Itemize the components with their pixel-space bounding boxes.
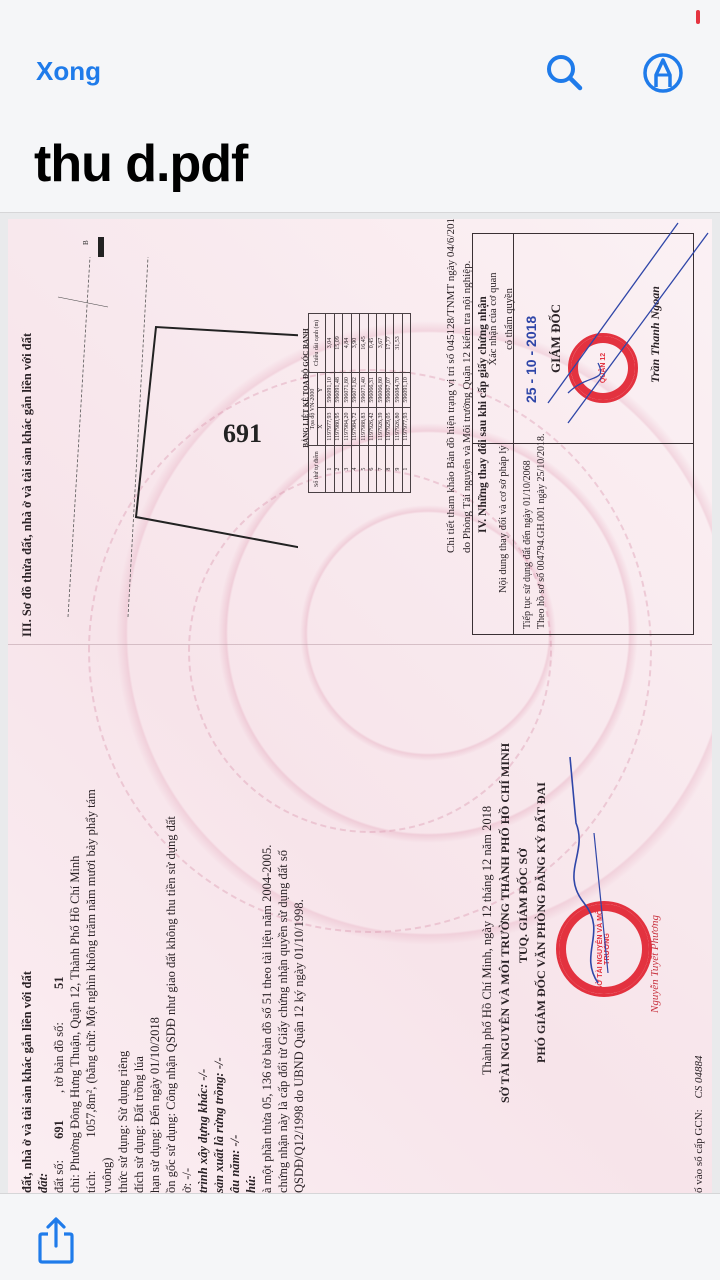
coord-cell: 16,45 [360, 314, 369, 373]
parcel-plan: 691 B [38, 227, 298, 637]
address: chỉ: Phường Đông Hưng Thuận, Quận 12, Th… [68, 856, 84, 1193]
coord-cell: 596091,48 [334, 372, 343, 407]
coord-table-row: 11197977,93596091,103,04 [326, 314, 335, 493]
perennial-crops: âu năm: -/- [228, 1135, 244, 1193]
coord-cell: 17,77 [385, 314, 394, 373]
coord-table-row: 61197926,42596066,310,45 [368, 314, 377, 493]
search-button[interactable] [542, 50, 588, 96]
markup-pen-icon [640, 50, 686, 96]
usage-purpose: đích sử dụng: Đất trồng lúa [132, 1056, 148, 1193]
coord-cell: 1197977,93 [326, 407, 335, 445]
coord-cell: 596091,10 [402, 372, 411, 407]
parcel-label: đất số: [52, 1160, 66, 1193]
note-line-3: QSDĐ/Q12/1998 do UBND Quận 12 ký ngày 01… [292, 899, 308, 1193]
house-info: ở: -/- [180, 1168, 196, 1193]
plan-heading: III. Sơ đồ thửa đất, nhà ở và tài sản kh… [20, 333, 36, 637]
page-fold [8, 644, 712, 645]
sign-organization: SỞ TÀI NGUYÊN VÀ MÔI TRƯỜNG THÀNH PHỐ HỒ… [498, 743, 514, 1103]
coord-cell: 1197926,39 [377, 407, 386, 445]
markup-button[interactable] [640, 50, 686, 96]
coord-cell: 1197980,95 [334, 407, 343, 445]
svg-text:B: B [82, 240, 90, 245]
coord-cell: 596071,40 [360, 372, 369, 407]
done-button[interactable]: Xong [36, 56, 101, 87]
map-sheet-label: , tờ bản đồ số: [52, 1022, 66, 1093]
coord-cell: 15,09 [334, 314, 343, 373]
coord-cell: 7 [377, 446, 386, 493]
coord-cell: 3,67 [377, 314, 386, 373]
coord-cell: 596067,07 [385, 372, 394, 407]
coord-table-row: 51197988,83596071,4016,45 [360, 314, 369, 493]
coord-cell: 4 [351, 446, 360, 493]
coord-cell: 596071,80 [343, 372, 352, 407]
area-continued: vuông) [100, 1158, 116, 1193]
coord-cell: 596066,31 [368, 372, 377, 407]
sign-tuq: TUQ. GIÁM ĐỐC SỞ [516, 848, 532, 963]
coord-cell: 1197929,05 [385, 407, 394, 445]
section-heading: đất, nhà ở và tài sản khác gắn liền với … [20, 971, 36, 1193]
coord-table: Số thứ tự điểm Tọa độ VN-2000 Chiều dài … [308, 313, 411, 493]
section-subheading: đất: [36, 1173, 52, 1193]
area-label: tích: [84, 1171, 98, 1193]
coord-header: Y [317, 372, 326, 407]
signer-name: Nguyễn Tuyết Phương [648, 915, 664, 1013]
coord-cell: 1197984,20 [343, 407, 352, 445]
share-icon [34, 1216, 78, 1266]
coord-cell: 596084,70 [394, 372, 403, 407]
note-line-2: chứng nhận này là cấp đổi từ Giấy chứng … [276, 850, 292, 1193]
coord-cell: 31,53 [394, 314, 403, 373]
map-sheet-number: 51 [52, 977, 66, 990]
coord-header: Chiều dài cạnh (m) [309, 314, 326, 373]
usage-form: thức sử dụng: Sử dụng riêng [116, 1051, 132, 1193]
coord-header: Số thứ tự điểm [309, 446, 326, 493]
usage-origin: ồn gốc sử dụng: Công nhận QSDĐ như giao … [164, 816, 180, 1193]
coord-cell: 1197926,42 [368, 407, 377, 445]
other-construction: trình xây dựng khác: -/- [196, 1069, 212, 1193]
coord-cell: 0,45 [368, 314, 377, 373]
coord-cell: 3,90 [351, 314, 360, 373]
coord-cell: 1197988,83 [360, 407, 369, 445]
changes-col1-header: Nội dung thay đổi và cơ sở pháp lý [496, 445, 512, 593]
coord-table-row: 71197926,39596066,803,67 [377, 314, 386, 493]
coord-cell: 1197926,80 [394, 407, 403, 445]
coord-cell [402, 314, 411, 373]
coord-table-row: 21197980,95596091,4815,09 [334, 314, 343, 493]
coord-header: X [317, 407, 326, 445]
nav-bar: Xong [0, 40, 720, 110]
gcn-row: ố vào sổ cấp GCN: CS 04884 [692, 1055, 708, 1193]
coord-cell: 5 [360, 446, 369, 493]
coord-cell: 6 [368, 446, 377, 493]
coord-cell: 3 [343, 446, 352, 493]
coord-table-row: 91197926,80596084,7031,53 [394, 314, 403, 493]
coord-cell: 596071,82 [351, 372, 360, 407]
coord-cell: 1 [326, 446, 335, 493]
divider [473, 443, 693, 444]
status-bar [0, 0, 720, 40]
land-certificate-scan: đất, nhà ở và tài sản khác gắn liền với … [8, 219, 712, 1193]
sign-place-date: Thành phố Hồ Chí Minh, ngày 12 tháng 12 … [480, 806, 496, 1075]
coord-cell: 1 [402, 446, 411, 493]
gcn-number: CS 04884 [693, 1055, 705, 1098]
coord-table-row: 41197984,72596071,823,90 [351, 314, 360, 493]
coord-cell: 2 [334, 446, 343, 493]
coord-table-row: 31197984,20596071,804,84 [343, 314, 352, 493]
coord-cell: 1197977,93 [402, 407, 411, 445]
coord-cell: 9 [394, 446, 403, 493]
status-time [336, 10, 396, 24]
coord-cell: 8 [385, 446, 394, 493]
coord-table-row: 81197929,05596067,0717,77 [385, 314, 394, 493]
status-right [696, 8, 700, 26]
pdf-viewer[interactable]: đất, nhà ở và tài sản khác gắn liền với … [0, 212, 720, 1194]
coord-cell: 1197984,72 [351, 407, 360, 445]
coord-table-row: 11197977,93596091,10 [402, 314, 411, 493]
pdf-page[interactable]: đất, nhà ở và tài sản khác gắn liền với … [8, 219, 712, 1193]
coord-cell: 596091,10 [326, 372, 335, 407]
parcel-row: đất số: 691 , tờ bản đồ số: 51 [52, 977, 68, 1193]
document-title: thu d.pdf [34, 134, 247, 194]
bottom-toolbar [0, 1194, 720, 1280]
parcel-number-label: 691 [223, 419, 262, 448]
signature-right [448, 219, 712, 433]
search-icon [542, 50, 588, 96]
gcn-label: ố vào sổ cấp GCN: [693, 1109, 705, 1193]
coord-cell: 3,04 [326, 314, 335, 373]
coord-cell: 596066,80 [377, 372, 386, 407]
production-forest: sản xuất là rừng trồng: -/- [212, 1057, 228, 1193]
notes-label: hú: [244, 1175, 260, 1193]
battery-low-icon [696, 10, 700, 24]
note-line-1: à một phần thửa 05, 136 tờ bản đồ số 51 … [260, 845, 276, 1193]
usage-term: hạn sử dụng: Đến ngày 01/10/2018 [148, 1017, 164, 1193]
share-button[interactable] [34, 1216, 78, 1266]
status-carrier [18, 10, 198, 24]
coord-subheader: Tọa độ VN-2000 [309, 372, 318, 445]
coord-cell: 4,84 [343, 314, 352, 373]
change-entry-2: Theo hồ sơ số 004794.GH.001 ngày 25/10/2… [534, 433, 550, 629]
area-row: tích: 1057,8m², (bằng chữ: Một nghìn khô… [84, 789, 100, 1193]
signature-left [548, 753, 618, 993]
parcel-number: 691 [52, 1120, 66, 1139]
area-value: 1057,8m², (bằng chữ: Một nghìn không tră… [84, 789, 98, 1138]
